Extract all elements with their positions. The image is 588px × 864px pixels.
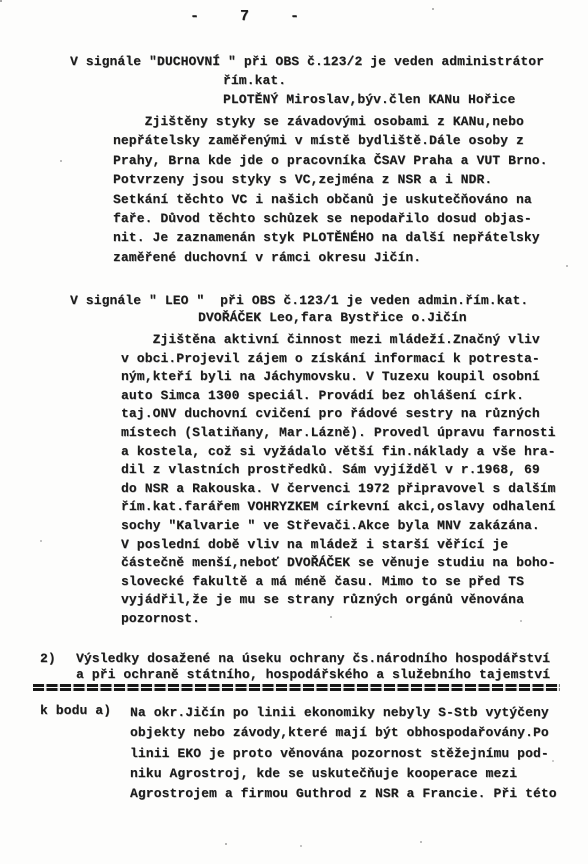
point-a-paragraph: Na okr.Jičín po linii ekonomiky nebyly S… [130, 703, 588, 804]
typed-line: Na okr.Jičín po linii ekonomiky nebyly S… [130, 703, 588, 723]
typed-line: slovecké fakultě a má méně času. Mimo to… [121, 573, 556, 592]
page-number-text: - 7 - [190, 8, 300, 25]
signal-leo-paragraph: Zjištěna aktivní činnost mezi mládeží.Zn… [121, 331, 556, 629]
typed-line: zaměřené duchovní v rámci okresu Jičín. [113, 248, 548, 267]
typed-line: vyjádřil,že je mu se strany různých orgá… [121, 591, 556, 610]
section-2-heading: 2) Výsledky dosažené na úseku ochrany čs… [40, 651, 570, 683]
typed-line: nit. Je zaznamenán styk PLOTĚNÉHO na dal… [113, 228, 548, 247]
heading-underline [33, 684, 560, 691]
typed-line: ným,kteří byli na Jáchymovsku. V Tuzexu … [121, 368, 556, 387]
typed-line: V signále " LEO " při OBS č.123/1 je ved… [70, 291, 528, 310]
point-a-label: k bodu a) [40, 703, 111, 718]
typed-line: PLOTĚNÝ Miroslav,býv.člen KANu Hořice [223, 90, 515, 109]
heading-underline-bottom [33, 688, 560, 691]
typed-line: faře. Důvod těchto schůzek se nepodařilo… [113, 209, 548, 228]
typed-line: a kostela, což si vyžádalo větší fin.nák… [121, 443, 556, 462]
typed-line: místech (Slatiňany, Mar.Lázně). Provedl … [121, 424, 556, 443]
section-heading-number: 2) [40, 651, 56, 667]
typed-line: DVOŘÁČEK Leo,fara Bystřice o.Jičín [198, 310, 467, 325]
signal-leo-subject: DVOŘÁČEK Leo,fara Bystřice o.Jičín [198, 310, 467, 325]
scanned-document-page: - 7 - V signále "DUCHOVNÍ " při OBS č.12… [0, 0, 588, 864]
typed-line: dil z vlastních prostředků. Sám vyjížděl… [121, 461, 556, 480]
typed-line: Výsledky dosažené na úseku ochrany čs.ná… [76, 651, 570, 667]
typed-line: řím.kat. [223, 71, 515, 90]
point-a-section: k bodu a) Na okr.Jičín po linii ekonomik… [0, 703, 588, 804]
typed-line: V signále "DUCHOVNÍ " při OBS č.123/2 je… [70, 52, 544, 71]
typed-line: řím.kat.farářem VOHRYZKEM církevní akci,… [121, 498, 556, 517]
typed-line: sochy "Kalvarie " ve Střevači.Akce byla … [121, 517, 556, 536]
typed-line: pozornost. [121, 610, 556, 629]
typed-line: nepřátelsky zaměřenými v místě bydliště.… [113, 131, 548, 150]
typed-line: částečně menší,neboť DVOŘÁČEK se věnuje … [121, 554, 556, 573]
signal-duchovni-paragraph: Zjištěny styky se závadovými osobami z K… [113, 112, 548, 267]
typed-line: Prahy, Brna kde jde o pracovníka ČSAV Pr… [113, 151, 548, 170]
scan-noise [0, 0, 2, 2]
typed-line: do NSR a Rakouska. V červenci 1972 připr… [121, 480, 556, 499]
typed-line: Zjištěna aktivní činnost mezi mládeží.Zn… [121, 331, 556, 350]
typed-line: Setkání těchto VC i našich občanů je usk… [113, 190, 548, 209]
signal-leo-header: V signále " LEO " při OBS č.123/1 je ved… [70, 291, 528, 310]
typed-line: a při ochraně státního, hospodářského a … [76, 667, 570, 683]
typed-line: auto Simca 1300 speciál. Provádí bez ohl… [121, 387, 556, 406]
typed-line: taj.ONV duchovní cvičení pro řádové sest… [121, 405, 556, 424]
typed-line: niku Agrostroj, kde se uskutečňuje koope… [130, 764, 588, 784]
typed-line: Zjištěny styky se závadovými osobami z K… [113, 112, 548, 131]
typed-line: V poslední době vliv na mládež i starší … [121, 536, 556, 555]
typed-line: Potvrzeny jsou styky s VC,zejména z NSR … [113, 170, 548, 189]
typed-line: Agrostrojem a firmou Guthrod z NSR a Fra… [130, 784, 588, 804]
typed-line: objekty nebo závody,které mají být obhos… [130, 723, 588, 743]
signal-duchovni-subject: řím.kat. PLOTĚNÝ Miroslav,býv.člen KANu … [223, 71, 515, 109]
typed-line: v obci.Projevil zájem o získání informac… [121, 350, 556, 369]
page-number: - 7 - [190, 8, 300, 25]
signal-duchovni-header: V signále "DUCHOVNÍ " při OBS č.123/2 je… [70, 52, 544, 71]
typed-line: linii EKO je proto věnována pozornost st… [130, 744, 588, 764]
